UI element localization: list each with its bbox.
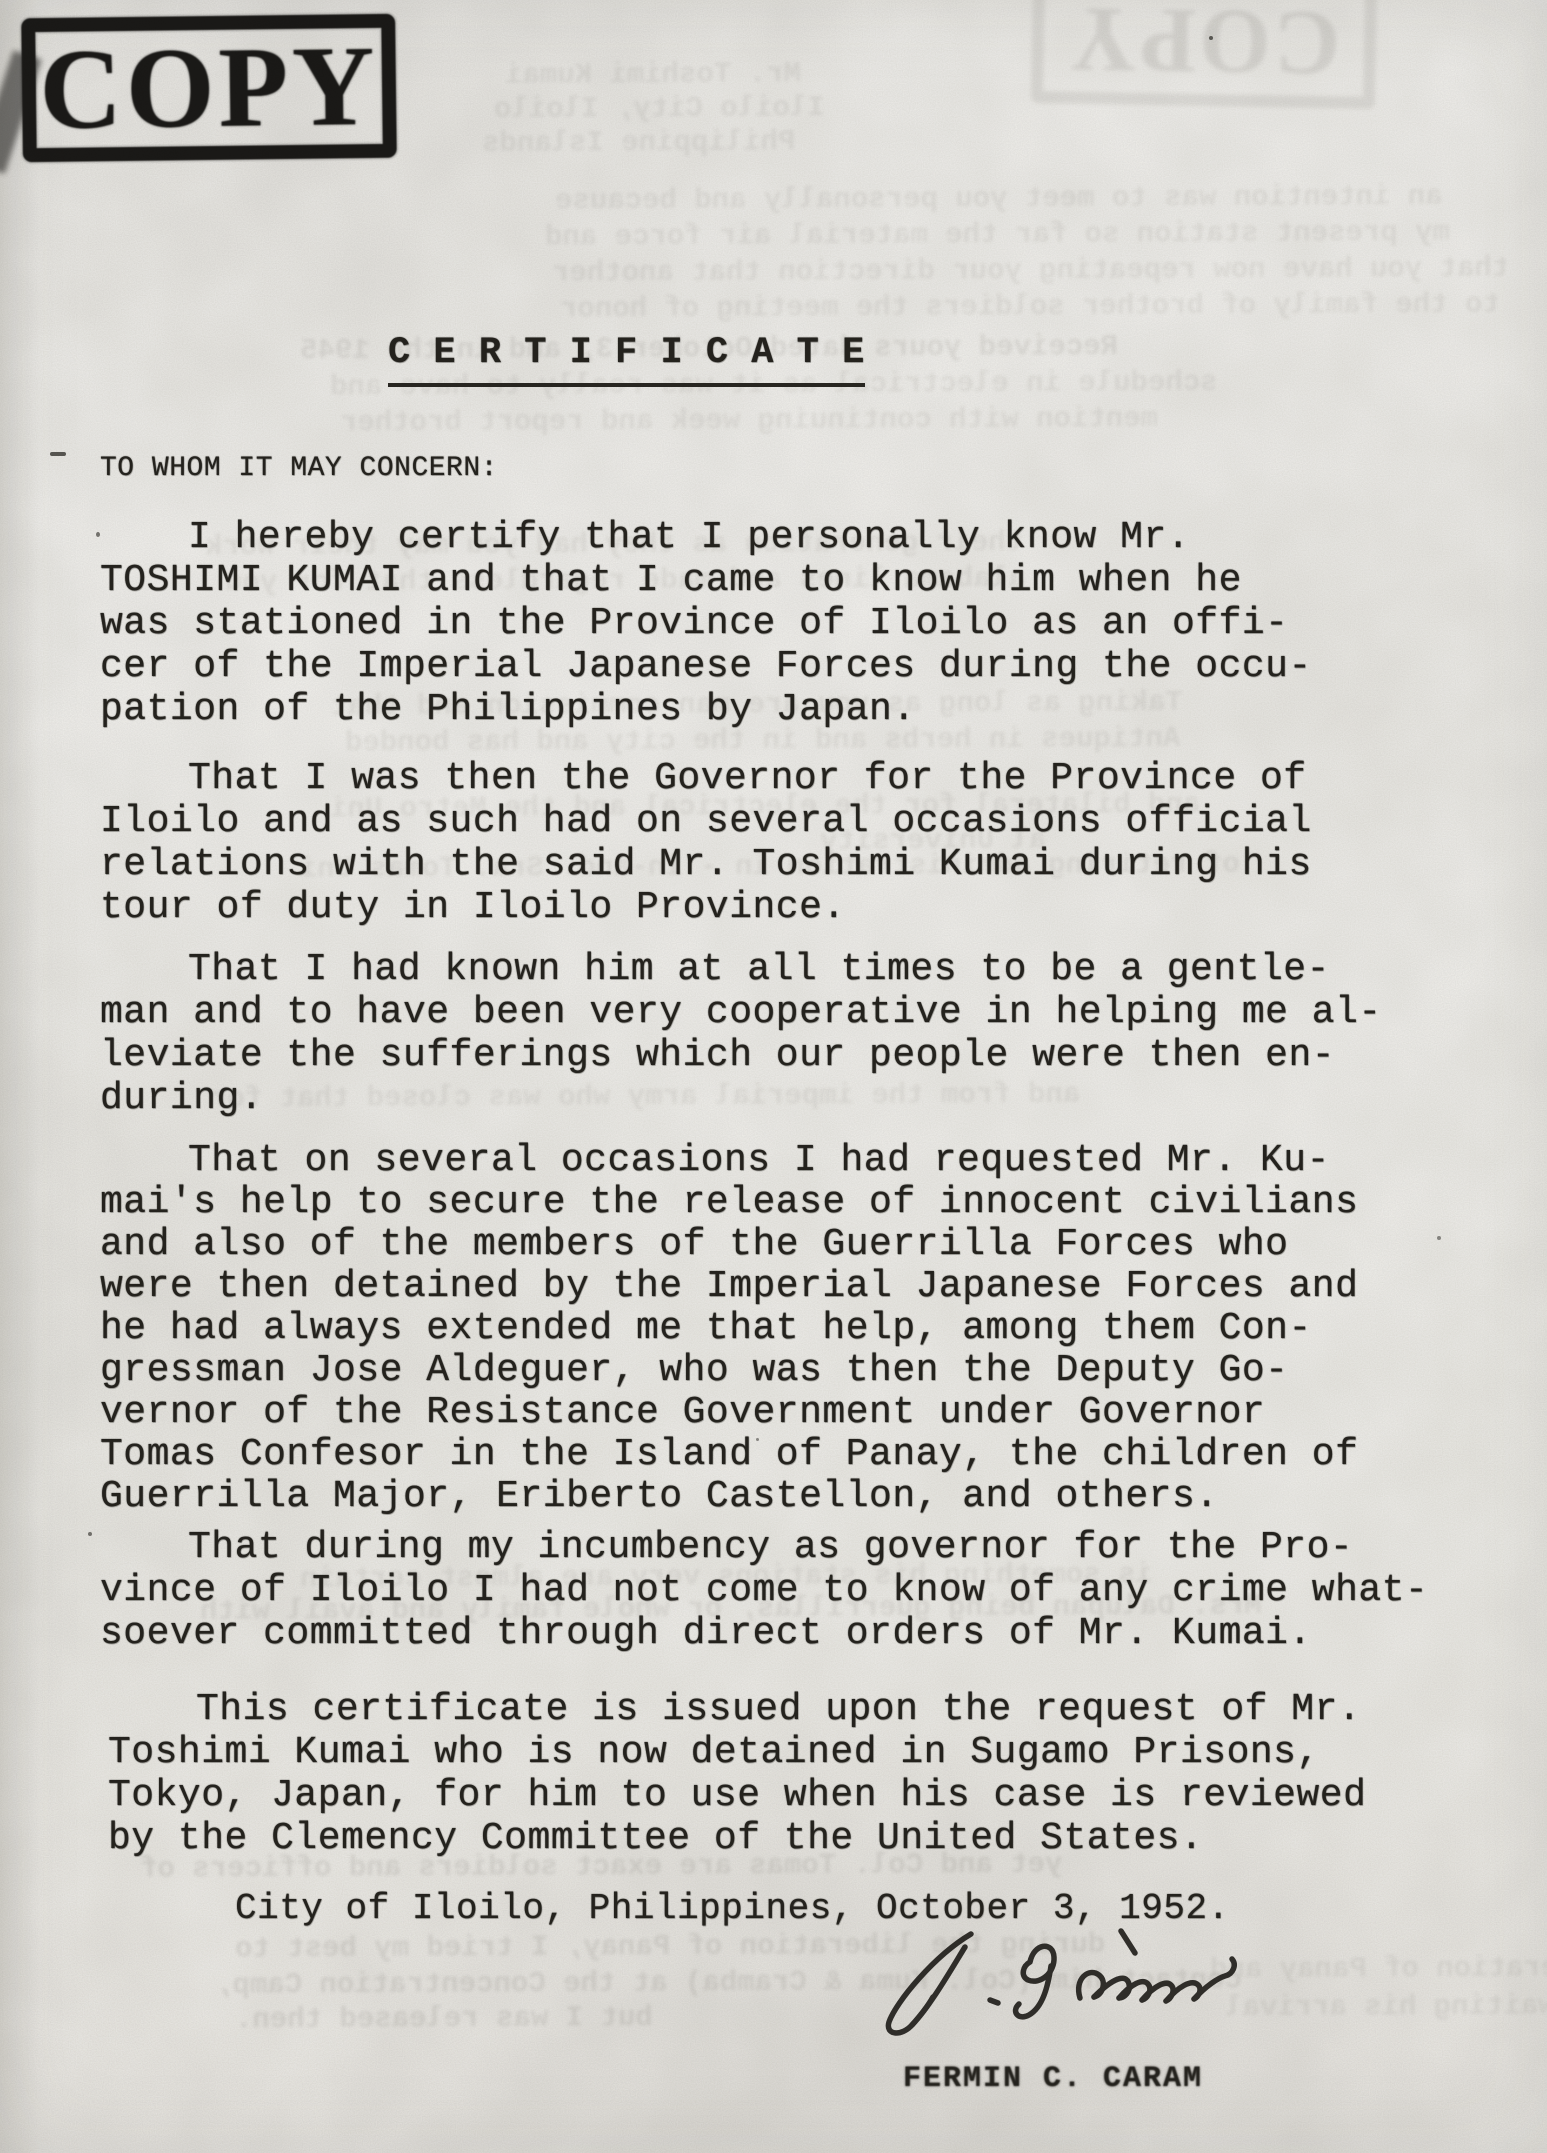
scanned-certificate-page: Mr. Toshimi KumaiIloilo City, IloiloPhil…	[0, 0, 1547, 2153]
ink-speck	[88, 1532, 92, 1536]
body-paragraphs: I hereby certify that I personally know …	[0, 0, 1547, 2153]
paragraph-5: That during my incumbency as governor fo…	[100, 1526, 1440, 1655]
paragraph-2: That I was then the Governor for the Pro…	[100, 757, 1440, 929]
paragraph-6: This certificate is issued upon the requ…	[108, 1688, 1448, 1860]
paragraph-4: That on several occasions I had requeste…	[100, 1140, 1440, 1518]
signatory-typed-name: FERMIN C. CARAM	[903, 2056, 1203, 2102]
copy-stamp-label: COPY	[39, 31, 379, 145]
margin-dash-mark	[50, 452, 66, 456]
ink-speck	[96, 532, 100, 537]
paragraph-1: I hereby certify that I personally know …	[100, 516, 1440, 731]
ink-speck	[1209, 36, 1213, 40]
copy-stamp: COPY	[21, 14, 397, 163]
signature-scrawl	[868, 1918, 1268, 2050]
paragraph-3: That I had known him at all times to be …	[100, 948, 1440, 1120]
ink-speck	[756, 1438, 759, 1441]
ink-speck	[1437, 1236, 1441, 1240]
